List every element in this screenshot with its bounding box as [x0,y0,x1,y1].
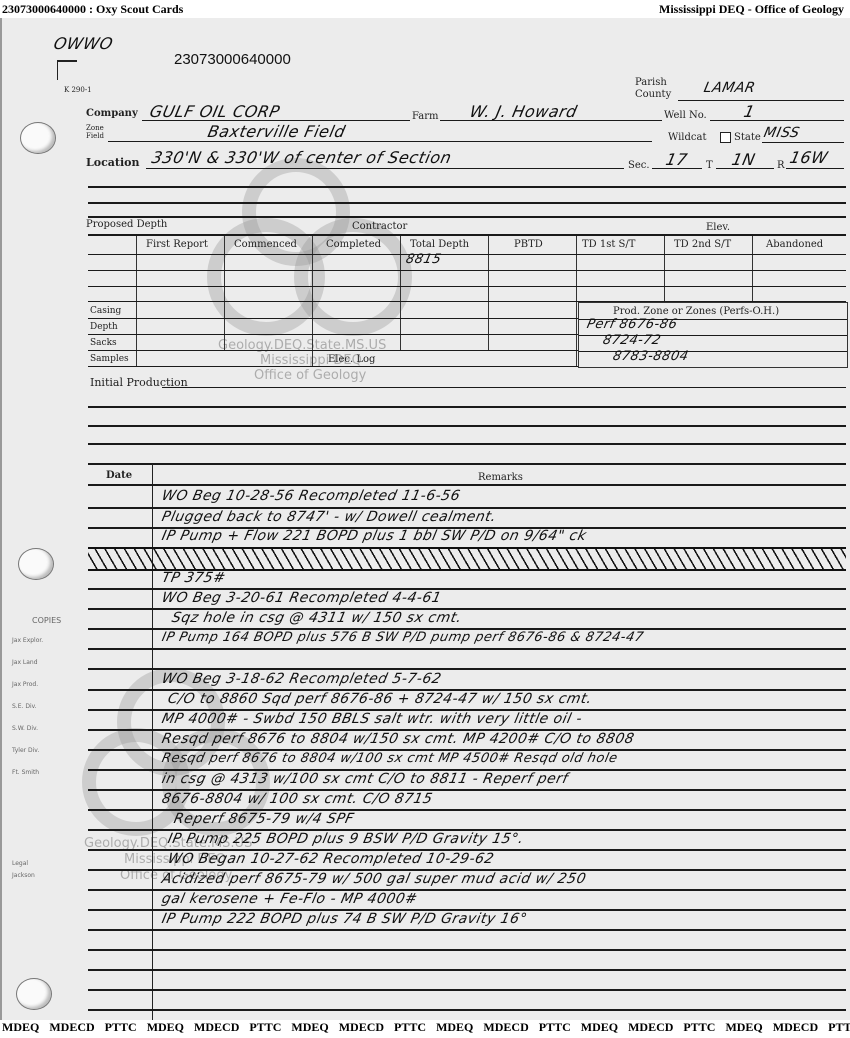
rule-line [88,186,846,188]
state-value: MISS [762,125,801,141]
remark-line: TP 375# [160,570,227,586]
remark-line: WO Beg 3-18-62 Recompleted 5-7-62 [160,671,443,687]
underline [108,141,652,142]
remark-line: Reperf 8675-79 w/4 SPF [172,811,355,827]
rule-line [88,270,846,271]
remark-line: Acidized perf 8675-79 w/ 500 gal super m… [160,871,587,887]
state-label: State [734,132,761,143]
well-no-value: 1 [742,102,757,121]
document-title: 23073000640000 : Oxy Scout Cards [2,2,183,17]
township-value: 1N [730,150,757,169]
viewer-header: 23073000640000 : Oxy Scout Cards Mississ… [0,0,850,18]
footer-item: MDECD [194,1020,239,1035]
footer-item: MDEQ [147,1020,184,1035]
rule-line [88,443,846,445]
underline [762,142,844,143]
company-value: GULF OIL CORP [148,102,282,121]
footer-item: MDECD [628,1020,673,1035]
wildcat-label: Wildcat [668,132,706,143]
copies-item: Legal [12,860,28,867]
remark-line: Plugged back to 8747' - w/ Dowell cealme… [160,509,498,525]
remark-line: 8676-8804 w/ 100 sx cmt. C/O 8715 [160,791,434,807]
rule-line [88,350,578,351]
samples-label: Samples [90,354,129,364]
col-abandoned: Abandoned [766,239,823,250]
col-divider [488,236,489,302]
prod-zones-label: Prod. Zone or Zones (Perfs-O.H.) [613,306,779,317]
copies-item: Jackson [12,872,35,879]
rule-line [88,484,846,486]
underline [146,168,624,169]
casing-table: Casing Depth Sacks Samples Elec. Log [88,302,578,368]
farm-value: W. J. Howard [468,102,579,121]
col-td-1st: TD 1st S/T [582,239,635,250]
rule-line [88,949,846,951]
field-value: Baxterville Field [206,122,347,141]
farm-label: Farm [412,111,438,122]
col-divider [312,236,313,302]
col-divider [400,236,401,302]
rule-line [88,202,846,204]
rule-line [88,648,846,650]
county-label: County [635,89,671,100]
rule-line [88,463,846,465]
depth-label: Depth [90,322,118,332]
rule-line [88,406,846,408]
footer-item: PTTC [828,1020,850,1035]
col-divider [752,236,753,302]
col-divider [400,302,401,350]
corner-mark [57,60,77,62]
col-pbtd: PBTD [514,239,543,250]
rule-line [88,254,846,255]
elev-label: Elev. [706,222,730,233]
footer-item: PTTC [105,1020,137,1035]
elec-log-label: Elec. Log [328,354,375,365]
col-divider [576,236,577,302]
range-value: 16W [788,148,830,167]
rule-line [88,668,846,670]
col-td-2nd: TD 2nd S/T [674,239,731,250]
location-value: 330'N & 330'W of center of Section [150,148,453,167]
col-divider [224,302,225,350]
copies-item: S.W. Div. [12,725,38,732]
depth-table: First Report Commenced Completed Total D… [88,236,846,302]
scout-card-image: Geology.DEQ.State.MS.US Mississippi DEQ … [0,18,850,1020]
sec-label: Sec. [628,160,650,171]
rule-line [88,989,846,991]
punch-hole [20,122,56,154]
footer-item: MDEQ [725,1020,762,1035]
township-label: T [706,160,713,171]
rule-line [88,929,846,931]
prod-zone-2: 8724-72 [601,333,662,348]
rule-line [88,425,846,427]
punch-hole [18,548,54,580]
status-note: OWWO [52,34,115,53]
sec-value: 17 [664,150,689,169]
col-divider [664,236,665,302]
rule-line [88,334,578,335]
footer-item: MDECD [483,1020,528,1035]
date-header: Date [106,470,132,481]
remark-line: Resqd perf 8676 to 8804 w/100 sx cmt MP … [160,751,619,766]
wildcat-checkbox [720,132,731,143]
remark-line: Resqd perf 8676 to 8804 w/150 sx cmt. MP… [160,731,636,747]
col-divider [136,236,137,302]
footer-item: MDEQ [291,1020,328,1035]
casing-label: Casing [90,306,121,316]
zone-label: Zone [86,124,104,132]
range-label: R [777,160,785,171]
well-no-label: Well No. [664,110,707,121]
county-value: LAMAR [702,80,757,96]
copies-item: Jax Land [12,659,38,666]
hatched-separator [88,547,846,571]
footer-item: PTTC [249,1020,281,1035]
watermark-text: Office of Geology [254,368,366,383]
col-total-depth: Total Depth [410,239,469,250]
col-divider [488,302,489,350]
col-divider [224,236,225,302]
remark-line: MP 4000# - Swbd 150 BBLS salt wtr. with … [160,711,583,727]
copies-item: Jax Explor. [12,637,43,644]
footer-item: PTTC [394,1020,426,1035]
remark-line: Sqz hole in csg @ 4311 w/ 150 sx cmt. [170,610,463,626]
remark-line: IP Pump + Flow 221 BOPD plus 1 bbl SW P/… [160,528,588,544]
footer-item: MDECD [339,1020,384,1035]
field-label: Field [86,132,104,140]
footer-bar: MDEQMDECDPTTCMDEQMDECDPTTCMDEQMDECDPTTCM… [0,1020,850,1038]
rule-line [88,366,578,367]
footer-item: PTTC [539,1020,571,1035]
sacks-label: Sacks [90,338,117,348]
form-number: K 290-1 [64,86,92,94]
prod-zones-box: Prod. Zone or Zones (Perfs-O.H.) Perf 86… [578,302,848,368]
underline [678,100,844,101]
copies-item: Tyler Div. [12,747,39,754]
remark-line: in csg @ 4313 w/100 sx cmt C/O to 8811 -… [160,771,569,787]
remark-line: WO Began 10-27-62 Recompleted 10-29-62 [166,851,495,867]
footer-item: MDECD [773,1020,818,1035]
proposed-depth-label: Proposed Depth [86,219,167,230]
agency-title: Mississippi DEQ - Office of Geology [659,2,844,17]
copies-item: Jax Prod. [12,681,38,688]
col-first-report: First Report [146,239,208,250]
total-depth-value: 8815 [404,252,442,267]
col-completed: Completed [326,239,381,250]
contractor-label: Contractor [352,221,407,232]
underline [786,168,844,169]
underline [710,120,844,121]
remark-line: IP Pump 164 BOPD plus 576 B SW P/D pump … [160,630,645,645]
location-label: Location [86,156,140,169]
api-number: 23073000640000 [174,51,291,68]
rule-line [88,1009,846,1011]
remark-line: WO Beg 3-20-61 Recompleted 4-4-61 [160,590,443,606]
footer-item: MDEQ [436,1020,473,1035]
rule-line [88,216,846,218]
footer-item: PTTC [683,1020,715,1035]
remark-line: IP Pump 225 BOPD plus 9 BSW P/D Gravity … [166,831,525,847]
remarks-header: Remarks [478,472,523,483]
footer-item: MDEQ [581,1020,618,1035]
remark-line: IP Pump 222 BOPD plus 74 B SW P/D Gravit… [160,911,528,927]
punch-hole [16,978,52,1010]
underline [162,387,846,388]
copies-title: COPIES [32,616,61,625]
footer-item: MDEQ [2,1020,39,1035]
remark-line: gal kerosene + Fe-Flo - MP 4000# [160,891,419,907]
footer-item: MDECD [49,1020,94,1035]
copies-item: S.E. Div. [12,703,37,710]
remark-line: C/O to 8860 Sqd perf 8676-86 + 8724-47 w… [166,691,593,707]
parish-label: Parish [635,77,667,88]
copies-item: Ft. Smith [12,769,39,776]
rule-line [88,318,578,319]
corner-mark [57,60,58,80]
col-commenced: Commenced [234,239,297,250]
rule-line [88,969,846,971]
company-label: Company [86,108,138,119]
prod-zone-3: 8783-8804 [611,349,690,364]
rule-line [88,286,846,287]
remark-line: WO Beg 10-28-56 Recompleted 11-6-56 [160,488,461,504]
prod-zone-1: Perf 8676-86 [585,317,678,332]
